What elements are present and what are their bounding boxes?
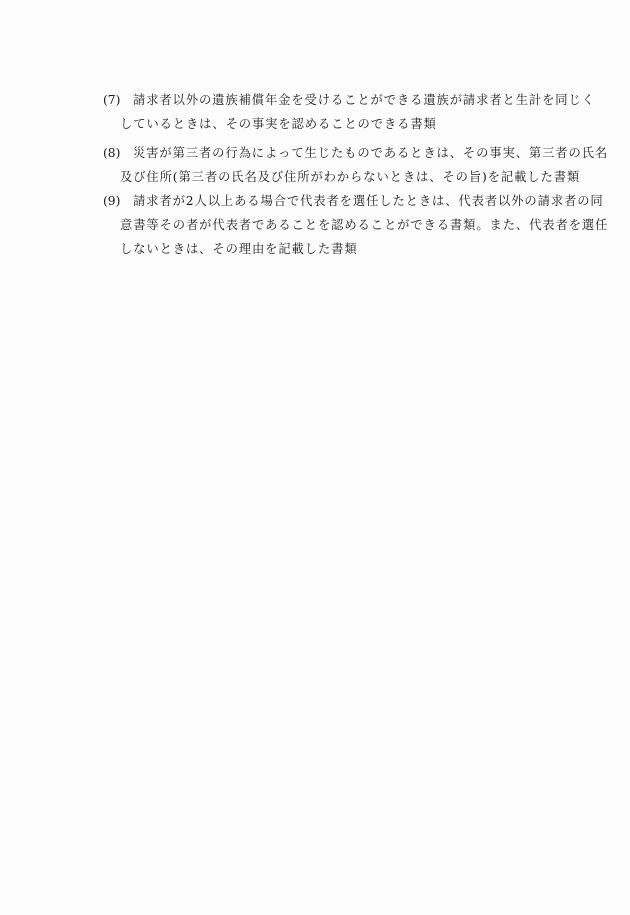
- item-line: (7) 請求者以外の遺族補償年金を受けることができる遺族が請求者と生計を同じく: [103, 88, 533, 112]
- item-line: (9) 請求者が2人以上ある場合で代表者を選任したときは、代表者以外の請求者の同: [103, 189, 533, 213]
- list-item-8: (8) 災害が第三者の行為によって生じたものであるときは、その事実、第三者の氏名…: [103, 141, 533, 189]
- document-page: (7) 請求者以外の遺族補償年金を受けることができる遺族が請求者と生計を同じく …: [0, 0, 630, 915]
- item-line: 意書等その者が代表者であることを認めることができる書類。また、代表者を選任: [103, 213, 533, 237]
- item-line: (8) 災害が第三者の行為によって生じたものであるときは、その事実、第三者の氏名: [103, 141, 533, 165]
- item-number: (8): [103, 141, 120, 165]
- item-number: (7): [103, 88, 120, 112]
- item-text: 請求者が2人以上ある場合で代表者を選任したときは、代表者以外の請求者の同: [133, 189, 604, 213]
- item-text: しているときは、その事実を認めることのできる書類: [120, 112, 437, 136]
- item-line: 及び住所(第三者の氏名及び住所がわからないときは、その旨)を記載した書類: [103, 165, 533, 189]
- item-text: 災害が第三者の行為によって生じたものであるときは、その事実、第三者の氏名: [133, 141, 608, 165]
- list-item-7: (7) 請求者以外の遺族補償年金を受けることができる遺族が請求者と生計を同じく …: [103, 88, 533, 136]
- item-text: 及び住所(第三者の氏名及び住所がわからないときは、その旨)を記載した書類: [120, 165, 580, 189]
- item-line: しているときは、その事実を認めることのできる書類: [103, 112, 533, 136]
- item-number: (9): [103, 189, 120, 213]
- list-item-9: (9) 請求者が2人以上ある場合で代表者を選任したときは、代表者以外の請求者の同…: [103, 189, 533, 261]
- item-line: しないときは、その理由を記載した書類: [103, 237, 533, 261]
- item-text: 請求者以外の遺族補償年金を受けることができる遺族が請求者と生計を同じく: [133, 88, 595, 112]
- item-text: しないときは、その理由を記載した書類: [120, 237, 358, 261]
- item-text: 意書等その者が代表者であることを認めることができる書類。また、代表者を選任: [120, 213, 608, 237]
